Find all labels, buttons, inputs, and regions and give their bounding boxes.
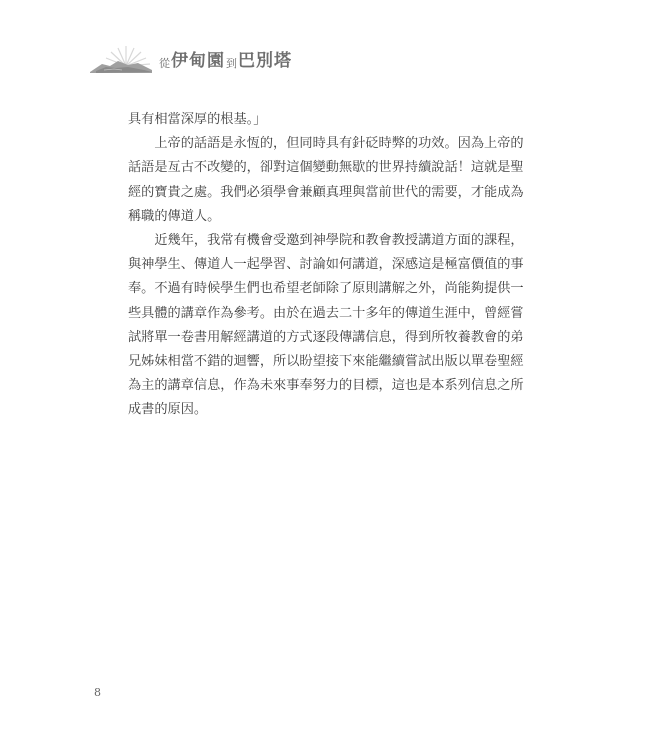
- title-part: 從: [159, 58, 170, 70]
- body-text: 具有相當深厚的根基。」 上帝的話語是永恆的，但同時具有針砭時弊的功效。因為上帝的…: [128, 108, 524, 423]
- text-line: 經的寶貴之處。我們必須學會兼顧真理與當前世代的需要，才能成為: [128, 181, 524, 205]
- text-line: 具有相當深厚的根基。」: [128, 108, 524, 132]
- running-header: 從 伊甸園 到 巴別塔: [88, 38, 292, 74]
- text-line: 成書的原因。: [128, 398, 524, 422]
- text-line: 試將單一卷書用解經講道的方式逐段傳講信息，得到所牧養教會的弟: [128, 326, 524, 350]
- sunrise-mountain-icon: [88, 44, 154, 74]
- text-line: 與神學生、傳道人一起學習、討論如何講道，深感這是極富價值的事: [128, 253, 524, 277]
- text-line: 稱職的傳道人。: [128, 205, 524, 229]
- page-number: 8: [94, 686, 101, 699]
- title-part: 伊甸園: [171, 53, 225, 70]
- text-line: 近幾年，我常有機會受邀到神學院和教會教授講道方面的課程，: [128, 229, 524, 253]
- title-part: 到: [226, 58, 237, 70]
- text-line: 話語是亙古不改變的，卻對這個變動無歇的世界持續說話！這就是聖: [128, 156, 524, 180]
- text-line: 上帝的話語是永恆的，但同時具有針砭時弊的功效。因為上帝的: [128, 132, 524, 156]
- text-line: 兄姊妹相當不錯的迴響，所以盼望接下來能繼續嘗試出版以單卷聖經: [128, 350, 524, 374]
- title-part: 巴別塔: [238, 53, 292, 70]
- book-title: 從 伊甸園 到 巴別塔: [158, 53, 292, 74]
- text-line: 奉。不過有時候學生們也希望老師除了原則講解之外，尚能夠提供一: [128, 277, 524, 301]
- text-line: 為主的講章信息，作為未來事奉努力的目標，這也是本系列信息之所: [128, 374, 524, 398]
- text-line: 些具體的講章作為參考。由於在過去二十多年的傳道生涯中，曾經嘗: [128, 302, 524, 326]
